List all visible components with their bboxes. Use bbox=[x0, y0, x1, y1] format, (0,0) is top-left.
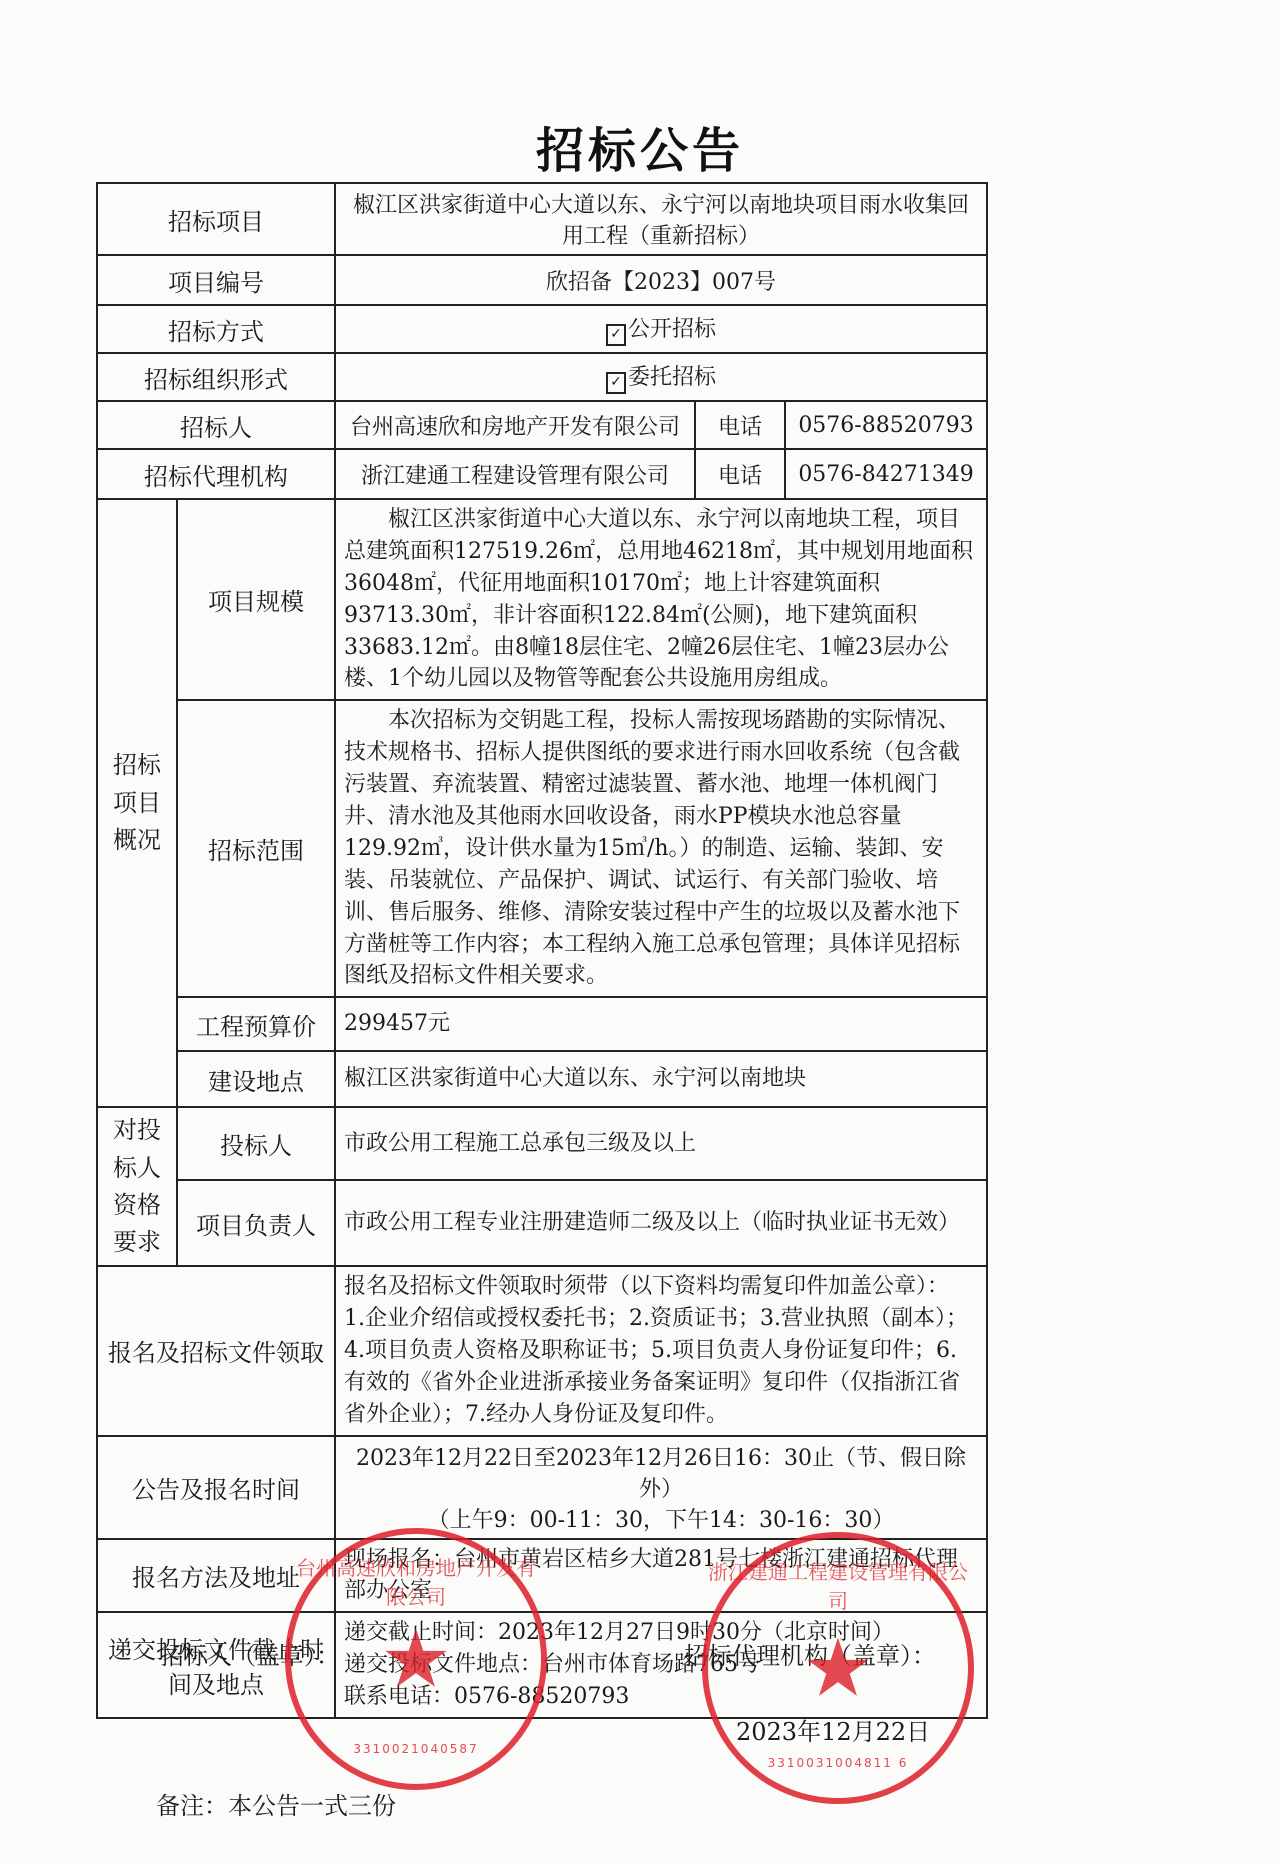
label-agent: 招标代理机构 bbox=[97, 449, 335, 499]
value-budget: 299457元 bbox=[335, 997, 987, 1051]
announcement-table: 招标项目 椒江区洪家街道中心大道以东、永宁河以南地块项目雨水收集回用工程（重新招… bbox=[96, 182, 988, 1719]
label-method: 招标方式 bbox=[97, 305, 335, 353]
signature-date: 2023年12月22日 bbox=[736, 1712, 930, 1747]
label-qualification-group: 对投标人资格要求 bbox=[97, 1107, 177, 1266]
label-agent-phone: 电话 bbox=[695, 449, 785, 499]
label-scale: 项目规模 bbox=[177, 499, 335, 700]
row-agent: 招标代理机构 浙江建通工程建设管理有限公司 电话 0576-84271349 bbox=[97, 449, 987, 499]
label-bidder-qual: 投标人 bbox=[177, 1107, 335, 1180]
value-registration: 现场报名：台州市黄岩区桔乡大道281号七楼浙江建通招标代理部办公室 bbox=[335, 1539, 987, 1613]
value-schedule: 2023年12月22日至2023年12月26日16：30止（节、假日除外） （上… bbox=[335, 1436, 987, 1539]
row-org-form: 招标组织形式 ✓委托招标 bbox=[97, 353, 987, 401]
row-location: 建设地点 椒江区洪家街道中心大道以东、永宁河以南地块 bbox=[97, 1051, 987, 1107]
footnote: 备注：本公告一式三份 bbox=[156, 1786, 396, 1821]
agent-signature-label: 招标代理机构（盖章）： bbox=[684, 1636, 936, 1671]
label-project-no: 项目编号 bbox=[97, 255, 335, 305]
value-project-no: 欣招备【2023】007号 bbox=[335, 255, 987, 305]
row-bidder-qual: 对投标人资格要求 投标人 市政公用工程施工总承包三级及以上 bbox=[97, 1107, 987, 1180]
value-tenderer-phone: 0576-88520793 bbox=[785, 401, 987, 449]
value-docs: 报名及招标文件领取时须带（以下资料均需复印件加盖公章）： 1.企业介绍信或授权委… bbox=[335, 1266, 987, 1435]
label-registration: 报名方法及地址 bbox=[97, 1539, 335, 1613]
label-org-form: 招标组织形式 bbox=[97, 353, 335, 401]
tenderer-seal-code: 3310021040587 bbox=[291, 1742, 541, 1756]
label-overview-group: 招标项目概况 bbox=[97, 499, 177, 1107]
value-agent: 浙江建通工程建设管理有限公司 bbox=[335, 449, 695, 499]
value-tenderer: 台州高速欣和房地产开发有限公司 bbox=[335, 401, 695, 449]
row-docs: 报名及招标文件领取 报名及招标文件领取时须带（以下资料均需复印件加盖公章）： 1… bbox=[97, 1266, 987, 1435]
checkbox-checked-icon: ✓ bbox=[606, 324, 626, 346]
schedule-line-2: （上午9：00-11：30，下午14：30-16：30） bbox=[344, 1503, 978, 1534]
label-project: 招标项目 bbox=[97, 183, 335, 255]
row-scope: 招标范围 本次招标为交钥匙工程，投标人需按现场踏勘的实际情况、技术规格书、招标人… bbox=[97, 700, 987, 997]
value-org-form: ✓委托招标 bbox=[335, 353, 987, 401]
label-tenderer: 招标人 bbox=[97, 401, 335, 449]
value-method: ✓公开招标 bbox=[335, 305, 987, 353]
page-title: 招标公告 bbox=[0, 112, 1280, 181]
row-registration: 报名方法及地址 现场报名：台州市黄岩区桔乡大道281号七楼浙江建通招标代理部办公… bbox=[97, 1539, 987, 1613]
row-method: 招标方式 ✓公开招标 bbox=[97, 305, 987, 353]
label-budget: 工程预算价 bbox=[177, 997, 335, 1051]
agent-seal-code: 3310031004811 6 bbox=[708, 1756, 968, 1770]
row-schedule: 公告及报名时间 2023年12月22日至2023年12月26日16：30止（节、… bbox=[97, 1436, 987, 1539]
tender-announcement-page: 招标公告 招标项目 椒江区洪家街道中心大道以东、永宁河以南地块项目雨水收集回用工… bbox=[0, 0, 1280, 1863]
value-project: 椒江区洪家街道中心大道以东、永宁河以南地块项目雨水收集回用工程（重新招标） bbox=[335, 183, 987, 255]
value-location: 椒江区洪家街道中心大道以东、永宁河以南地块 bbox=[335, 1051, 987, 1107]
row-project-no: 项目编号 欣招备【2023】007号 bbox=[97, 255, 987, 305]
docs-line-1: 报名及招标文件领取时须带（以下资料均需复印件加盖公章）： bbox=[344, 1271, 978, 1303]
value-scope: 本次招标为交钥匙工程，投标人需按现场踏勘的实际情况、技术规格书、招标人提供图纸的… bbox=[335, 700, 987, 997]
label-docs: 报名及招标文件领取 bbox=[97, 1266, 335, 1435]
org-form-text: 委托招标 bbox=[628, 365, 716, 390]
row-tenderer: 招标人 台州高速欣和房地产开发有限公司 电话 0576-88520793 bbox=[97, 401, 987, 449]
row-manager-qual: 项目负责人 市政公用工程专业注册建造师二级及以上（临时执业证书无效） bbox=[97, 1180, 987, 1266]
value-manager-qual: 市政公用工程专业注册建造师二级及以上（临时执业证书无效） bbox=[335, 1180, 987, 1266]
tenderer-signature-label: 招标人（盖章）： bbox=[160, 1636, 340, 1671]
label-tenderer-phone: 电话 bbox=[695, 401, 785, 449]
row-budget: 工程预算价 299457元 bbox=[97, 997, 987, 1051]
schedule-line-1: 2023年12月22日至2023年12月26日16：30止（节、假日除外） bbox=[344, 1441, 978, 1503]
row-project: 招标项目 椒江区洪家街道中心大道以东、永宁河以南地块项目雨水收集回用工程（重新招… bbox=[97, 183, 987, 255]
label-schedule: 公告及报名时间 bbox=[97, 1436, 335, 1539]
checkbox-checked-icon: ✓ bbox=[606, 372, 626, 394]
label-location: 建设地点 bbox=[177, 1051, 335, 1107]
value-scale: 椒江区洪家街道中心大道以东、永宁河以南地块工程，项目总建筑面积127519.26… bbox=[335, 499, 987, 700]
label-manager-qual: 项目负责人 bbox=[177, 1180, 335, 1266]
value-agent-phone: 0576-84271349 bbox=[785, 449, 987, 499]
method-text: 公开招标 bbox=[628, 317, 716, 342]
docs-line-2: 1.企业介绍信或授权委托书；2.资质证书；3.营业执照（副本）；4.项目负责人资… bbox=[344, 1303, 978, 1431]
label-scope: 招标范围 bbox=[177, 700, 335, 997]
row-scale: 招标项目概况 项目规模 椒江区洪家街道中心大道以东、永宁河以南地块工程，项目总建… bbox=[97, 499, 987, 700]
submission-contact: 联系电话：0576-88520793 bbox=[344, 1681, 978, 1713]
value-bidder-qual: 市政公用工程施工总承包三级及以上 bbox=[335, 1107, 987, 1180]
